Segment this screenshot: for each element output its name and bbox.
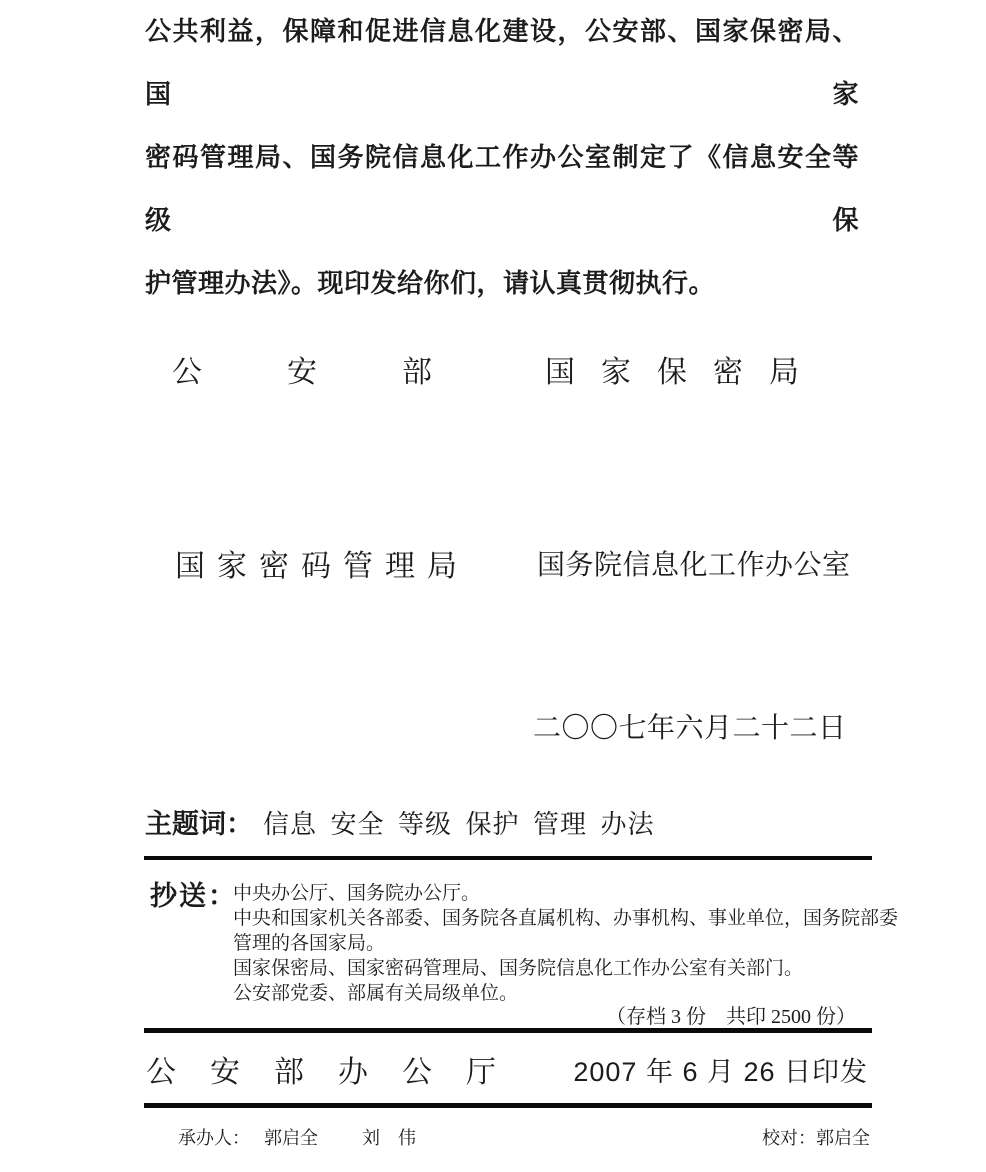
subject-terms-list: 信息 安全 等级 保护 管理 办法 [263, 804, 655, 841]
archive-print-count-note: （存档 3 份 共印 2500 份） [606, 1000, 856, 1029]
issue-print-date: 2007 年 6 月 26 日印发 [573, 1050, 868, 1089]
body-line-3: 护管理办法》。现印发给你们，请认真贯彻执行。 [145, 252, 859, 315]
document-page: 公共利益，保障和促进信息化建设，公安部、国家保密局、国家 密码管理局、国务院信息… [0, 0, 986, 1172]
copy-to-line-4: 国家保密局、国家密码管理局、国务院信息化工作办公室有关部门。 [233, 956, 873, 981]
undertaker-row: 承办人：郭启全刘 伟 [178, 1124, 416, 1150]
copy-to-line-1: 中央办公厅、国务院办公厅。 [233, 881, 873, 906]
divider-rule-middle [144, 1028, 872, 1033]
proofreader-label: 校对： [762, 1128, 816, 1148]
undertaker-label: 承办人： [178, 1128, 250, 1148]
signature-state-cryptography-administration: 国家密码管理局 [175, 541, 469, 585]
body-line-1: 公共利益，保障和促进信息化建设，公安部、国家保密局、国家 [145, 0, 859, 126]
signature-state-council-informatization-office: 国务院信息化工作办公室 [537, 543, 851, 583]
proofreader-name: 郭启全 [816, 1128, 870, 1148]
issuing-office-name: 公安部办公厅 [146, 1047, 530, 1091]
copy-to-list: 中央办公厅、国务院办公厅。 中央和国家机关各部委、国务院各直属机构、办事机构、事… [233, 881, 873, 1006]
subject-terms-row: 主题词： 信息 安全 等级 保护 管理 办法 [145, 802, 655, 841]
proofreader-row: 校对：郭启全 [762, 1124, 870, 1150]
undertaker-name-2: 刘 伟 [362, 1128, 416, 1148]
divider-rule-top [144, 856, 872, 860]
copy-to-line-2: 中央和国家机关各部委、国务院各直属机构、办事机构、事业单位，国务院部委 [233, 906, 873, 931]
subject-terms-label: 主题词： [145, 802, 253, 841]
copy-to-label: 抄送： [150, 874, 237, 913]
document-date: 二〇〇七年六月二十二日 [533, 706, 847, 746]
copy-to-line-3: 管理的各国家局。 [233, 931, 873, 956]
undertaker-name-1: 郭启全 [264, 1128, 318, 1148]
signature-state-secrecy-bureau: 国家保密局 [545, 347, 825, 391]
signature-ministry-public-security: 公安部 [172, 347, 517, 391]
body-paragraph: 公共利益，保障和促进信息化建设，公安部、国家保密局、国家 密码管理局、国务院信息… [145, 0, 859, 315]
divider-rule-bottom [144, 1103, 872, 1108]
body-line-2: 密码管理局、国务院信息化工作办公室制定了《信息安全等级保 [145, 126, 859, 252]
